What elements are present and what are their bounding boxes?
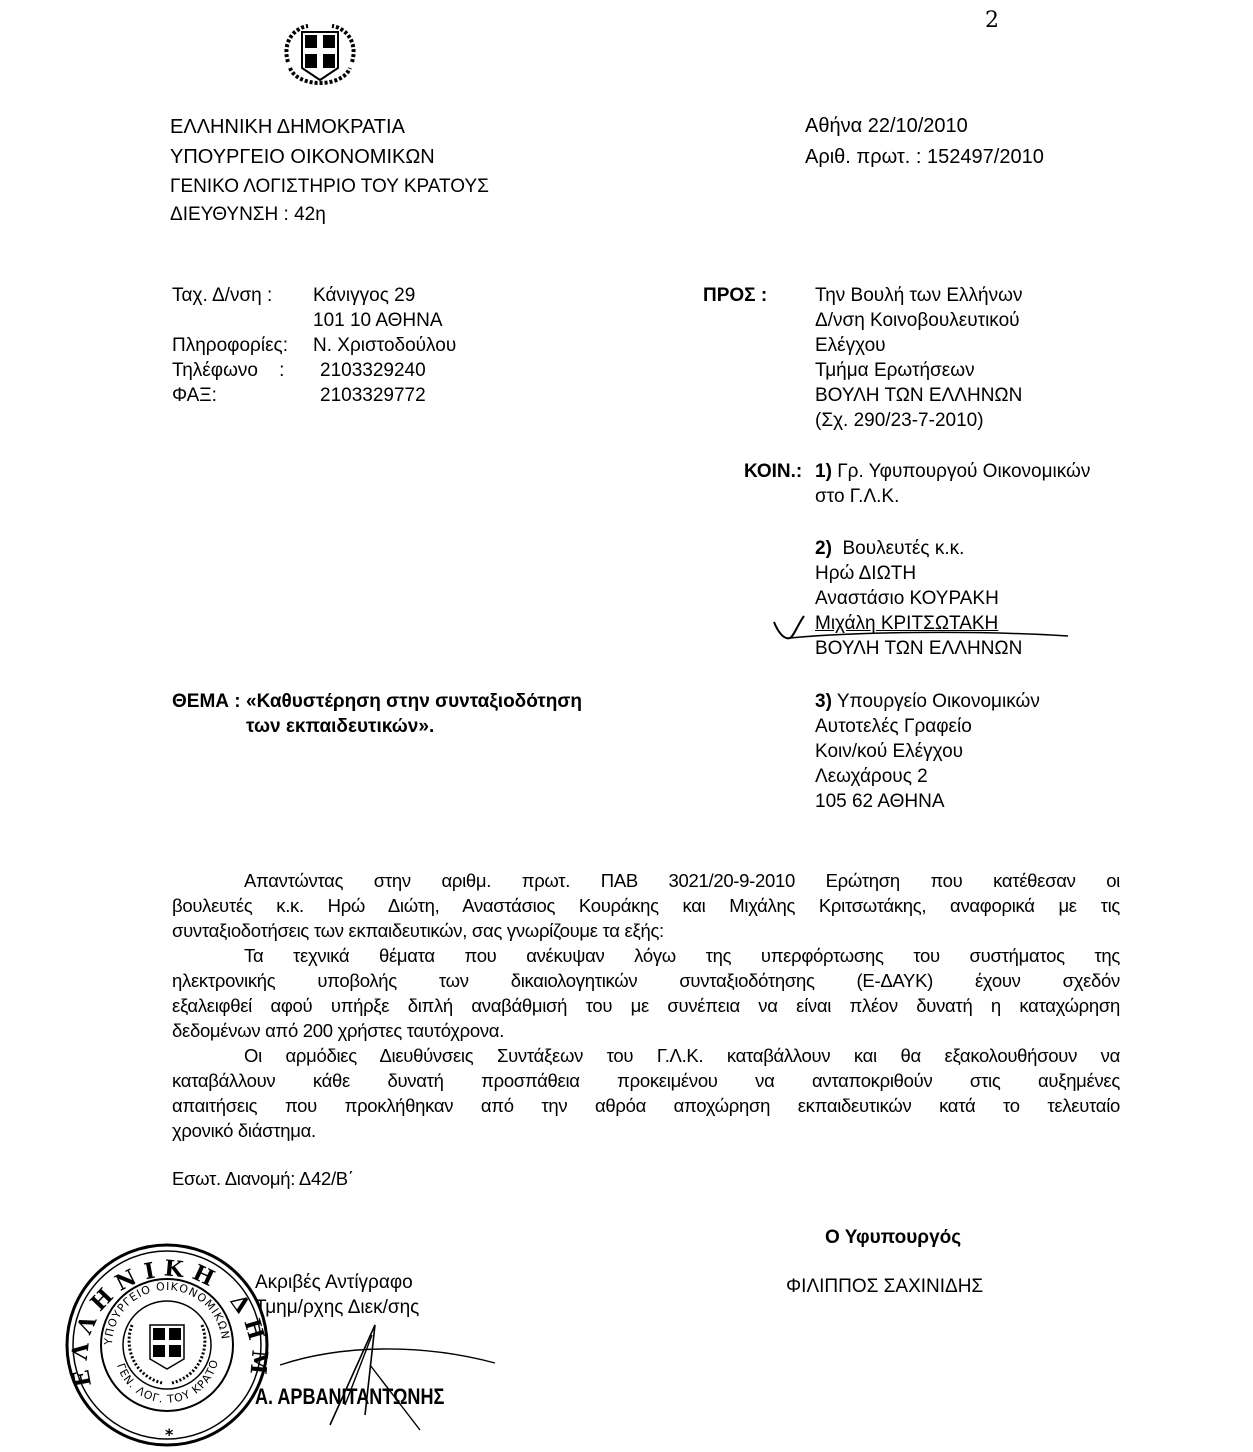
org-header: ΕΛΛΗΝΙΚΗ ΔΗΜΟΚΡΑΤΙΑ ΥΠΟΥΡΓΕΙΟ ΟΙΚΟΝΟΜΙΚΩ… [170, 112, 489, 229]
org-line-general-accounting: ΓΕΝΙΚΟ ΛΟΓΙΣΤΗΡΙΟ ΤΟΥ ΚΡΑΤΟΥΣ [170, 172, 489, 201]
body-line: συνταξιοδοτήσεις των εκπαιδευτικών, σας … [172, 918, 1120, 943]
contact-value: 2103329240 [320, 358, 426, 383]
date-line: Αθήνα 22/10/2010 [805, 110, 1044, 142]
contact-label: Πληροφορίες: [172, 333, 313, 358]
cc-item-3: 3) Υπουργείο Οικονομικών Αυτοτελές Γραφε… [815, 689, 1040, 814]
body-line: ηλεκτρονικής υποβολής των δικαιολογητικώ… [172, 968, 1120, 993]
contact-row-postcode: 101 10 ΑΘΗΝΑ [172, 308, 456, 333]
contact-row-fax: ΦΑΞ: 2103329772 [172, 383, 456, 408]
org-line-ministry: ΥΠΟΥΡΓΕΙΟ ΟΙΚΟΝΟΜΙΚΩΝ [170, 142, 489, 172]
cc-line: Κοιν/κού Ελέγχου [815, 739, 1040, 764]
body-line: Απαντώντας στην αριθμ. πρωτ. ΠΑΒ 3021/20… [172, 868, 1120, 893]
cc-label: ΚΟΙΝ.: [744, 459, 802, 484]
cc-line: Ηρώ ΔΙΩΤΗ [815, 561, 1022, 586]
cc-item-number: 1) [815, 461, 832, 482]
cc-item-number: 3) [815, 691, 832, 712]
contact-block: Ταχ. Δ/νση : Κάνιγγος 29 101 10 ΑΘΗΝΑ Πλ… [172, 283, 456, 408]
subject-block: «Καθυστέρηση στην συνταξιοδότηση των εκπ… [246, 689, 582, 739]
cc-line: 105 62 ΑΘΗΝΑ [815, 789, 1040, 814]
signatory-name: ΦΙΛΙΠΠΟΣ ΣΑΧΙΝΙΔΗΣ [786, 1274, 983, 1299]
cc-line: στο Γ.Λ.Κ. [815, 484, 1090, 509]
paragraph-1: Απαντώντας στην αριθμ. πρωτ. ΠΑΒ 3021/20… [172, 868, 1120, 943]
contact-label: Ταχ. Δ/νση : [172, 283, 313, 308]
contact-label: ΦΑΞ: [172, 383, 320, 408]
cc-line: Γρ. Υφυπουργού Οικονομικών [837, 461, 1090, 482]
paragraph-3: Οι αρμόδιες Διευθύνσεις Συντάξεων του Γ.… [172, 1043, 1120, 1143]
checkmark-icon [772, 612, 1072, 646]
recipient-line: Τμήμα Ερωτήσεων [815, 358, 1022, 383]
stamp-star: * [165, 1425, 174, 1444]
recipient-line: (Σχ. 290/23-7-2010) [815, 408, 1022, 433]
body-line: Οι αρμόδιες Διευθύνσεις Συντάξεων του Γ.… [172, 1043, 1120, 1068]
contact-value: 101 10 ΑΘΗΝΑ [313, 308, 443, 333]
contact-label: Τηλέφωνο : [172, 358, 320, 383]
contact-value: Ν. Χριστοδούλου [313, 333, 456, 358]
contact-row-phone: Τηλέφωνο : 2103329240 [172, 358, 456, 383]
recipient-line: Ελέγχου [815, 333, 1022, 358]
cc-item-1: 1) Γρ. Υφυπουργού Οικονομικών στο Γ.Λ.Κ. [815, 459, 1090, 509]
contact-label [172, 308, 313, 333]
org-line-directorate: ΔΙΕΥΘΥΝΣΗ : 42η [170, 201, 489, 229]
body-line: εξαλειφθεί αφού υπήρξε διπλή αναβάθμισή … [172, 993, 1120, 1018]
official-stamp-icon: ΕΛΛΗΝΙΚΗ ΔΗΜΟΚΡΑΤΙΑ ΥΠΟΥΡΓΕΙΟ ΟΙΚΟΝΟΜΙΚΩ… [62, 1235, 272, 1452]
org-line-republic: ΕΛΛΗΝΙΚΗ ΔΗΜΟΚΡΑΤΙΑ [170, 112, 489, 142]
signatory-title: Ο Υφυπουργός [825, 1225, 961, 1250]
paragraph-2: Τα τεχνικά θέματα που ανέκυψαν λόγω της … [172, 943, 1120, 1043]
cc-line: Βουλευτές κ.κ. [842, 538, 964, 559]
recipient-label: ΠΡΟΣ : [703, 283, 767, 308]
recipient-line: Την Βουλή των Ελλήνων [815, 283, 1022, 308]
body-line: βουλευτές κ.κ. Ηρώ Διώτη, Αναστάσιος Κου… [172, 893, 1120, 918]
handwritten-signature-icon [270, 1305, 500, 1435]
body-line: απαιτήσεις που προκλήθηκαν από την αθρόα… [172, 1093, 1120, 1118]
date-protocol-block: Αθήνα 22/10/2010 Αριθ. πρωτ. : 152497/20… [805, 110, 1044, 172]
cc-line: Υπουργείο Οικονομικών [837, 691, 1040, 712]
cc-line: Αυτοτελές Γραφείο [815, 714, 1040, 739]
coat-of-arms-icon [278, 22, 362, 94]
cc-line: Λεωχάρους 2 [815, 764, 1040, 789]
page-number-handwritten: 2 [985, 8, 999, 33]
recipient-block: Την Βουλή των Ελλήνων Δ/νση Κοινοβουλευτ… [815, 283, 1022, 433]
cc-line: Αναστάσιο ΚΟΥΡΑΚΗ [815, 586, 1022, 611]
recipient-line: ΒΟΥΛΗ ΤΩΝ ΕΛΛΗΝΩΝ [815, 383, 1022, 408]
subject-label: ΘΕΜΑ : [172, 689, 241, 714]
certified-copy-label: Ακριβές Αντίγραφο [255, 1270, 419, 1295]
letter-body: Απαντώντας στην αριθμ. πρωτ. ΠΑΒ 3021/20… [172, 868, 1120, 1191]
subject-line: των εκπαιδευτικών». [246, 714, 582, 739]
contact-row-info: Πληροφορίες: Ν. Χριστοδούλου [172, 333, 456, 358]
cc-item-number: 2) [815, 538, 832, 559]
contact-value: 2103329772 [320, 383, 426, 408]
internal-distribution: Εσωτ. Διανομή: Δ42/Β΄ [172, 1166, 1120, 1191]
recipient-line: Δ/νση Κοινοβουλευτικού [815, 308, 1022, 333]
body-line: χρονικό διάστημα. [172, 1118, 1120, 1143]
body-line: δεδομένων από 200 χρήστες ταυτόχρονα. [172, 1018, 1120, 1043]
body-line: Τα τεχνικά θέματα που ανέκυψαν λόγω της … [172, 943, 1120, 968]
protocol-number: Αριθ. πρωτ. : 152497/2010 [805, 142, 1044, 172]
contact-row-address: Ταχ. Δ/νση : Κάνιγγος 29 [172, 283, 456, 308]
contact-value: Κάνιγγος 29 [313, 283, 415, 308]
body-line: καταβάλλουν κάθε δυνατή προσπάθεια προκε… [172, 1068, 1120, 1093]
subject-line: «Καθυστέρηση στην συνταξιοδότηση [246, 689, 582, 714]
